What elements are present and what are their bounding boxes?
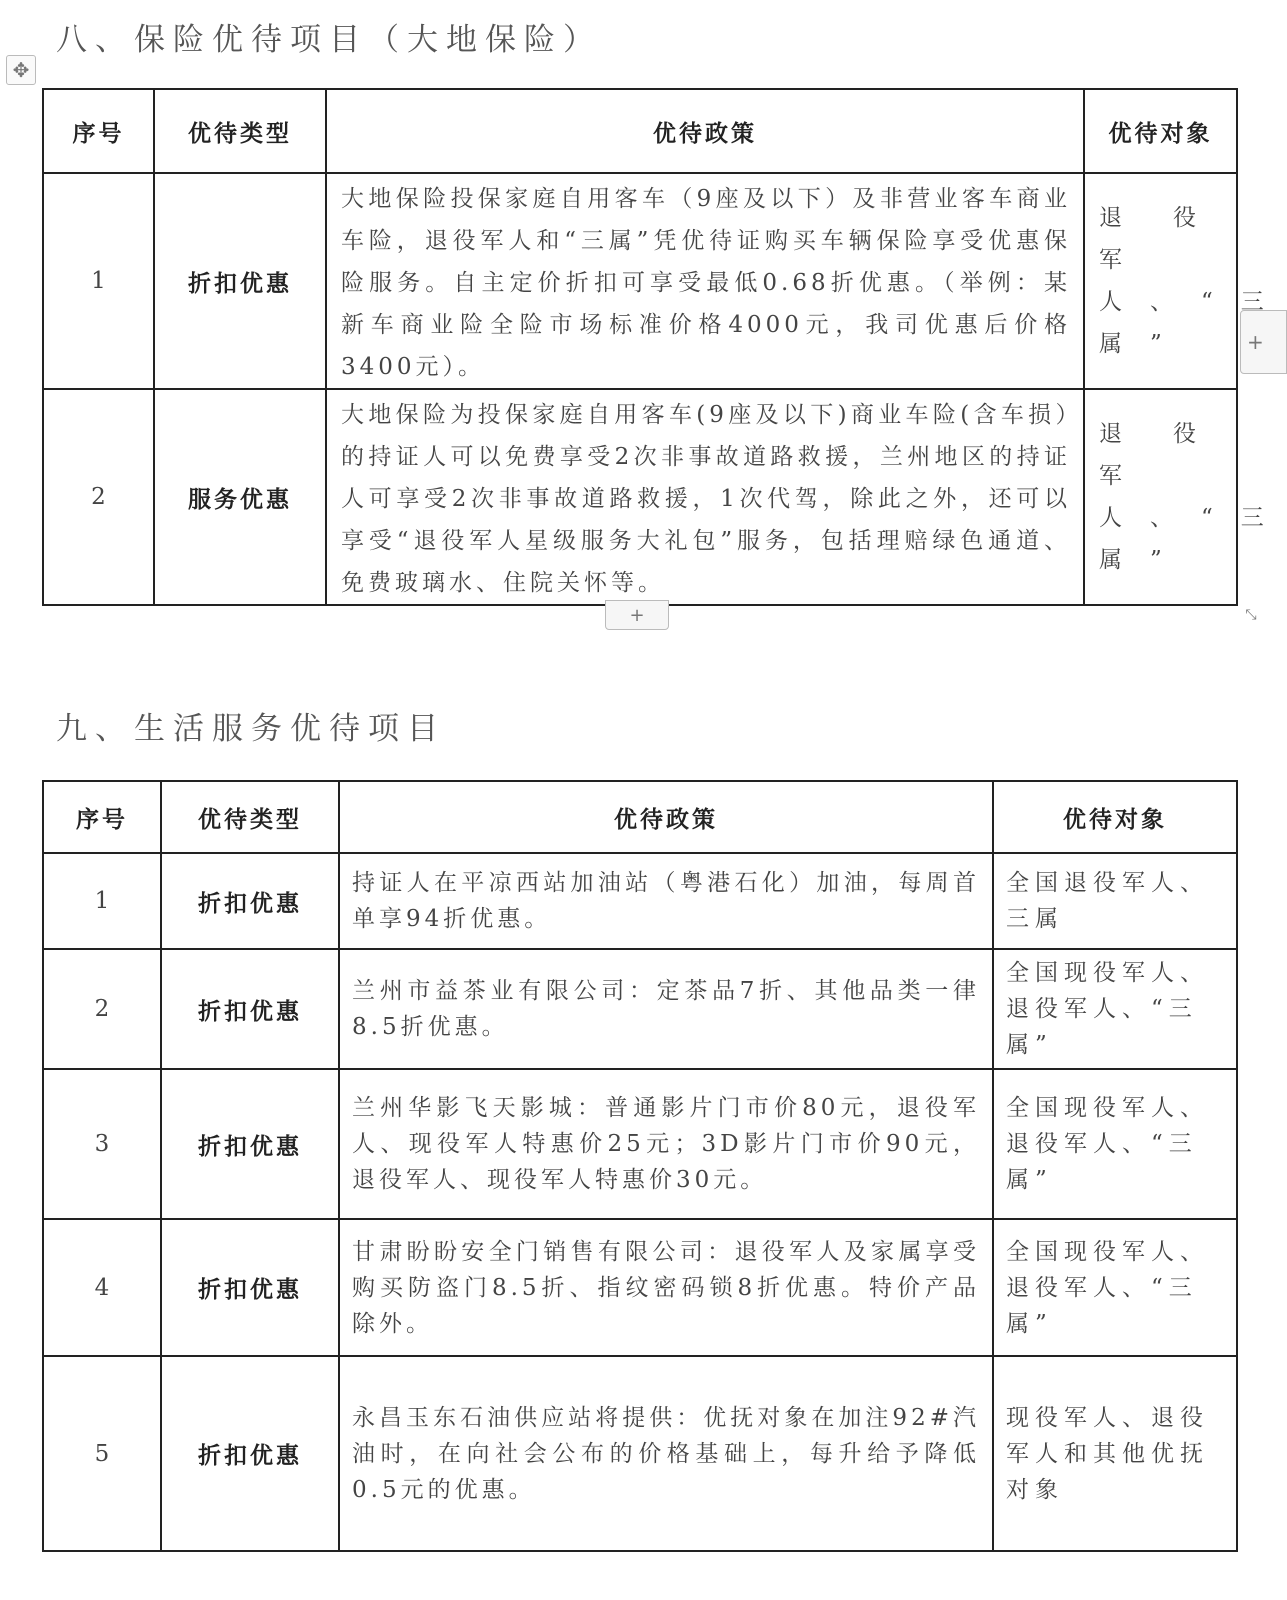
insurance-benefits-table: 序号 优待类型 优待政策 优待对象 1 折扣优惠 大地保险投保家庭自用客车（9座…: [42, 88, 1238, 606]
table-row: 1 折扣优惠 大地保险投保家庭自用客车（9座及以下）及非营业客车商业车险，退役军…: [43, 173, 1237, 389]
cell-seq: 5: [43, 1356, 161, 1551]
cell-type: 折扣优惠: [161, 1219, 339, 1356]
header-policy: 优待政策: [339, 781, 993, 853]
header-target: 优待对象: [993, 781, 1237, 853]
cell-policy: 兰州华影飞天影城：普通影片门市价80元，退役军人、现役军人特惠价25元；3D影片…: [339, 1069, 993, 1219]
life-services-benefits-table: 序号 优待类型 优待政策 优待对象 1 折扣优惠 持证人在平凉西站加油站（粤港石…: [42, 780, 1238, 1552]
cell-target: 退役军人、“三属”: [1084, 173, 1237, 389]
add-column-button[interactable]: +: [1240, 310, 1287, 374]
cell-type: 服务优惠: [154, 389, 326, 605]
table-resize-icon[interactable]: ⤡: [1240, 600, 1262, 630]
header-seq: 序号: [43, 781, 161, 853]
table-row: 4 折扣优惠 甘肃盼盼安全门销售有限公司：退役军人及家属享受购买防盗门8.5折、…: [43, 1219, 1237, 1356]
cell-policy: 兰州市益茶业有限公司：定茶品7折、其他品类一律8.5折优惠。: [339, 949, 993, 1069]
header-type: 优待类型: [154, 89, 326, 173]
cell-target: 全国现役军人、退役军人、“三属”: [993, 1219, 1237, 1356]
cell-policy: 大地保险为投保家庭自用客车(9座及以下)商业车险(含车损）的持证人可以免费享受2…: [326, 389, 1084, 605]
cell-policy: 甘肃盼盼安全门销售有限公司：退役军人及家属享受购买防盗门8.5折、指纹密码锁8折…: [339, 1219, 993, 1356]
cell-seq: 1: [43, 173, 154, 389]
table-row: 2 服务优惠 大地保险为投保家庭自用客车(9座及以下)商业车险(含车损）的持证人…: [43, 389, 1237, 605]
cell-target: 全国现役军人、退役军人、“三属”: [993, 1069, 1237, 1219]
cell-target: 现役军人、退役军人和其他优抚对象: [993, 1356, 1237, 1551]
cell-target: 全国现役军人、退役军人、“三属”: [993, 949, 1237, 1069]
header-seq: 序号: [43, 89, 154, 173]
header-target: 优待对象: [1084, 89, 1237, 173]
header-policy: 优待政策: [326, 89, 1084, 173]
cell-type: 折扣优惠: [161, 1356, 339, 1551]
cell-seq: 3: [43, 1069, 161, 1219]
cell-type: 折扣优惠: [161, 949, 339, 1069]
cell-seq: 2: [43, 389, 154, 605]
cell-type: 折扣优惠: [161, 1069, 339, 1219]
cell-policy: 大地保险投保家庭自用客车（9座及以下）及非营业客车商业车险，退役军人和“三属”凭…: [326, 173, 1084, 389]
table-header-row: 序号 优待类型 优待政策 优待对象: [43, 781, 1237, 853]
cell-type: 折扣优惠: [154, 173, 326, 389]
table-header-row: 序号 优待类型 优待政策 优待对象: [43, 89, 1237, 173]
table-row: 1 折扣优惠 持证人在平凉西站加油站（粤港石化）加油，每周首单享94折优惠。 全…: [43, 853, 1237, 949]
section-title-insurance: 八、保险优待项目（大地保险）: [56, 14, 602, 59]
cell-target: 退役军人、“三属”: [1084, 389, 1237, 605]
cell-policy: 永昌玉东石油供应站将提供：优抚对象在加注92#汽油时，在向社会公布的价格基础上，…: [339, 1356, 993, 1551]
cell-seq: 1: [43, 853, 161, 949]
table-row: 5 折扣优惠 永昌玉东石油供应站将提供：优抚对象在加注92#汽油时，在向社会公布…: [43, 1356, 1237, 1551]
header-type: 优待类型: [161, 781, 339, 853]
table-row: 2 折扣优惠 兰州市益茶业有限公司：定茶品7折、其他品类一律8.5折优惠。 全国…: [43, 949, 1237, 1069]
cell-policy: 持证人在平凉西站加油站（粤港石化）加油，每周首单享94折优惠。: [339, 853, 993, 949]
section-title-life-services: 九、生活服务优待项目: [56, 703, 446, 748]
cell-seq: 2: [43, 949, 161, 1069]
cell-type: 折扣优惠: [161, 853, 339, 949]
table-move-handle-icon[interactable]: ✥: [6, 55, 36, 85]
add-row-button[interactable]: +: [605, 600, 669, 630]
cell-target: 全国退役军人、三属: [993, 853, 1237, 949]
cell-seq: 4: [43, 1219, 161, 1356]
table-row: 3 折扣优惠 兰州华影飞天影城：普通影片门市价80元，退役军人、现役军人特惠价2…: [43, 1069, 1237, 1219]
